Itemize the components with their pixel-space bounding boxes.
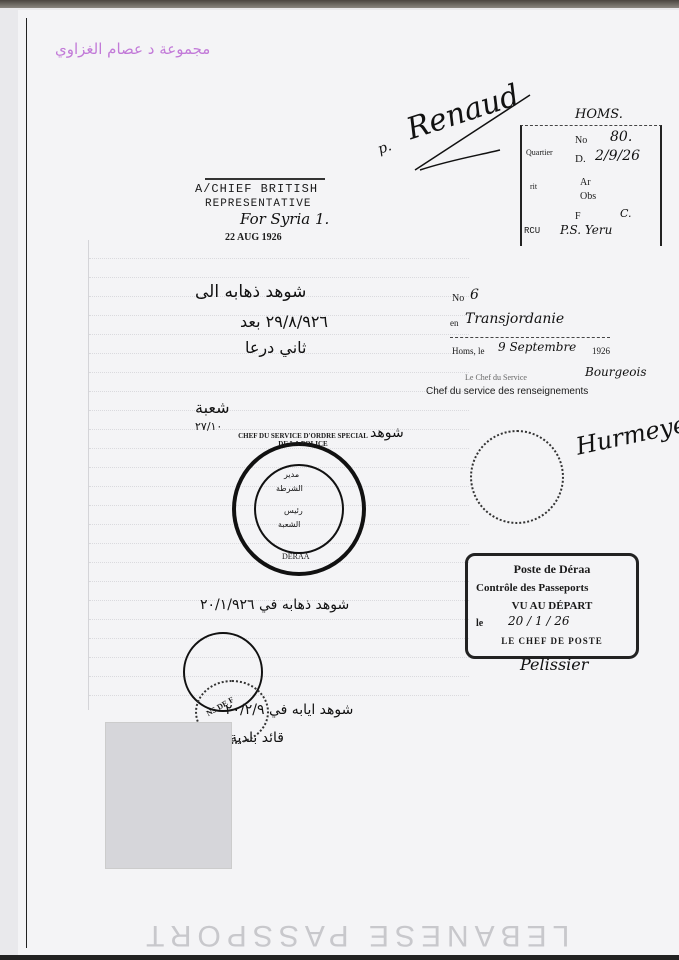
arabic-note-3: ثاني درعا (245, 338, 306, 357)
faint-round-stamp (470, 430, 564, 524)
deraa-control-stamp: Poste de Déraa Contrôle des Passeports V… (465, 553, 639, 659)
scan-top-edge (0, 0, 679, 8)
scan-bottom-edge (0, 955, 679, 960)
page-fold-line (26, 18, 27, 948)
watermark: مجموعة د عصام الغزاوي (55, 40, 210, 58)
british-representative-stamp: A/CHIEF BRITISH REPRESENTATIVE For Syria… (195, 178, 365, 248)
arabic-note-7: شعبة (195, 398, 230, 417)
arabic-note-2: ٢٩/٨/٩٢٦ بعد (240, 312, 328, 331)
deraa-signature: Pelissier (520, 655, 588, 674)
bleed-through-title: LEBANESE PASSPORT (140, 918, 569, 952)
visa-note: No 6 en Transjordanie Homs, le 9 Septemb… (430, 285, 670, 405)
homs-entry-stamp: HOMS. Quartier rit No 80. D. 2/9/26 Ar O… (520, 105, 660, 245)
passport-photo (105, 722, 232, 869)
police-round-stamp: مدير الشرطة رئيس الشعبة DERAA CHEF DU SE… (232, 442, 366, 576)
arabic-note-4: شوهد (370, 425, 404, 441)
arabic-note-9: ٢٧/١٠ (195, 420, 222, 433)
arabic-note-5: شوهد ذهابه في ٢٠/١/٩٢٦ (200, 597, 349, 613)
arabic-note-1: شوهد ذهابه الى (195, 282, 306, 302)
